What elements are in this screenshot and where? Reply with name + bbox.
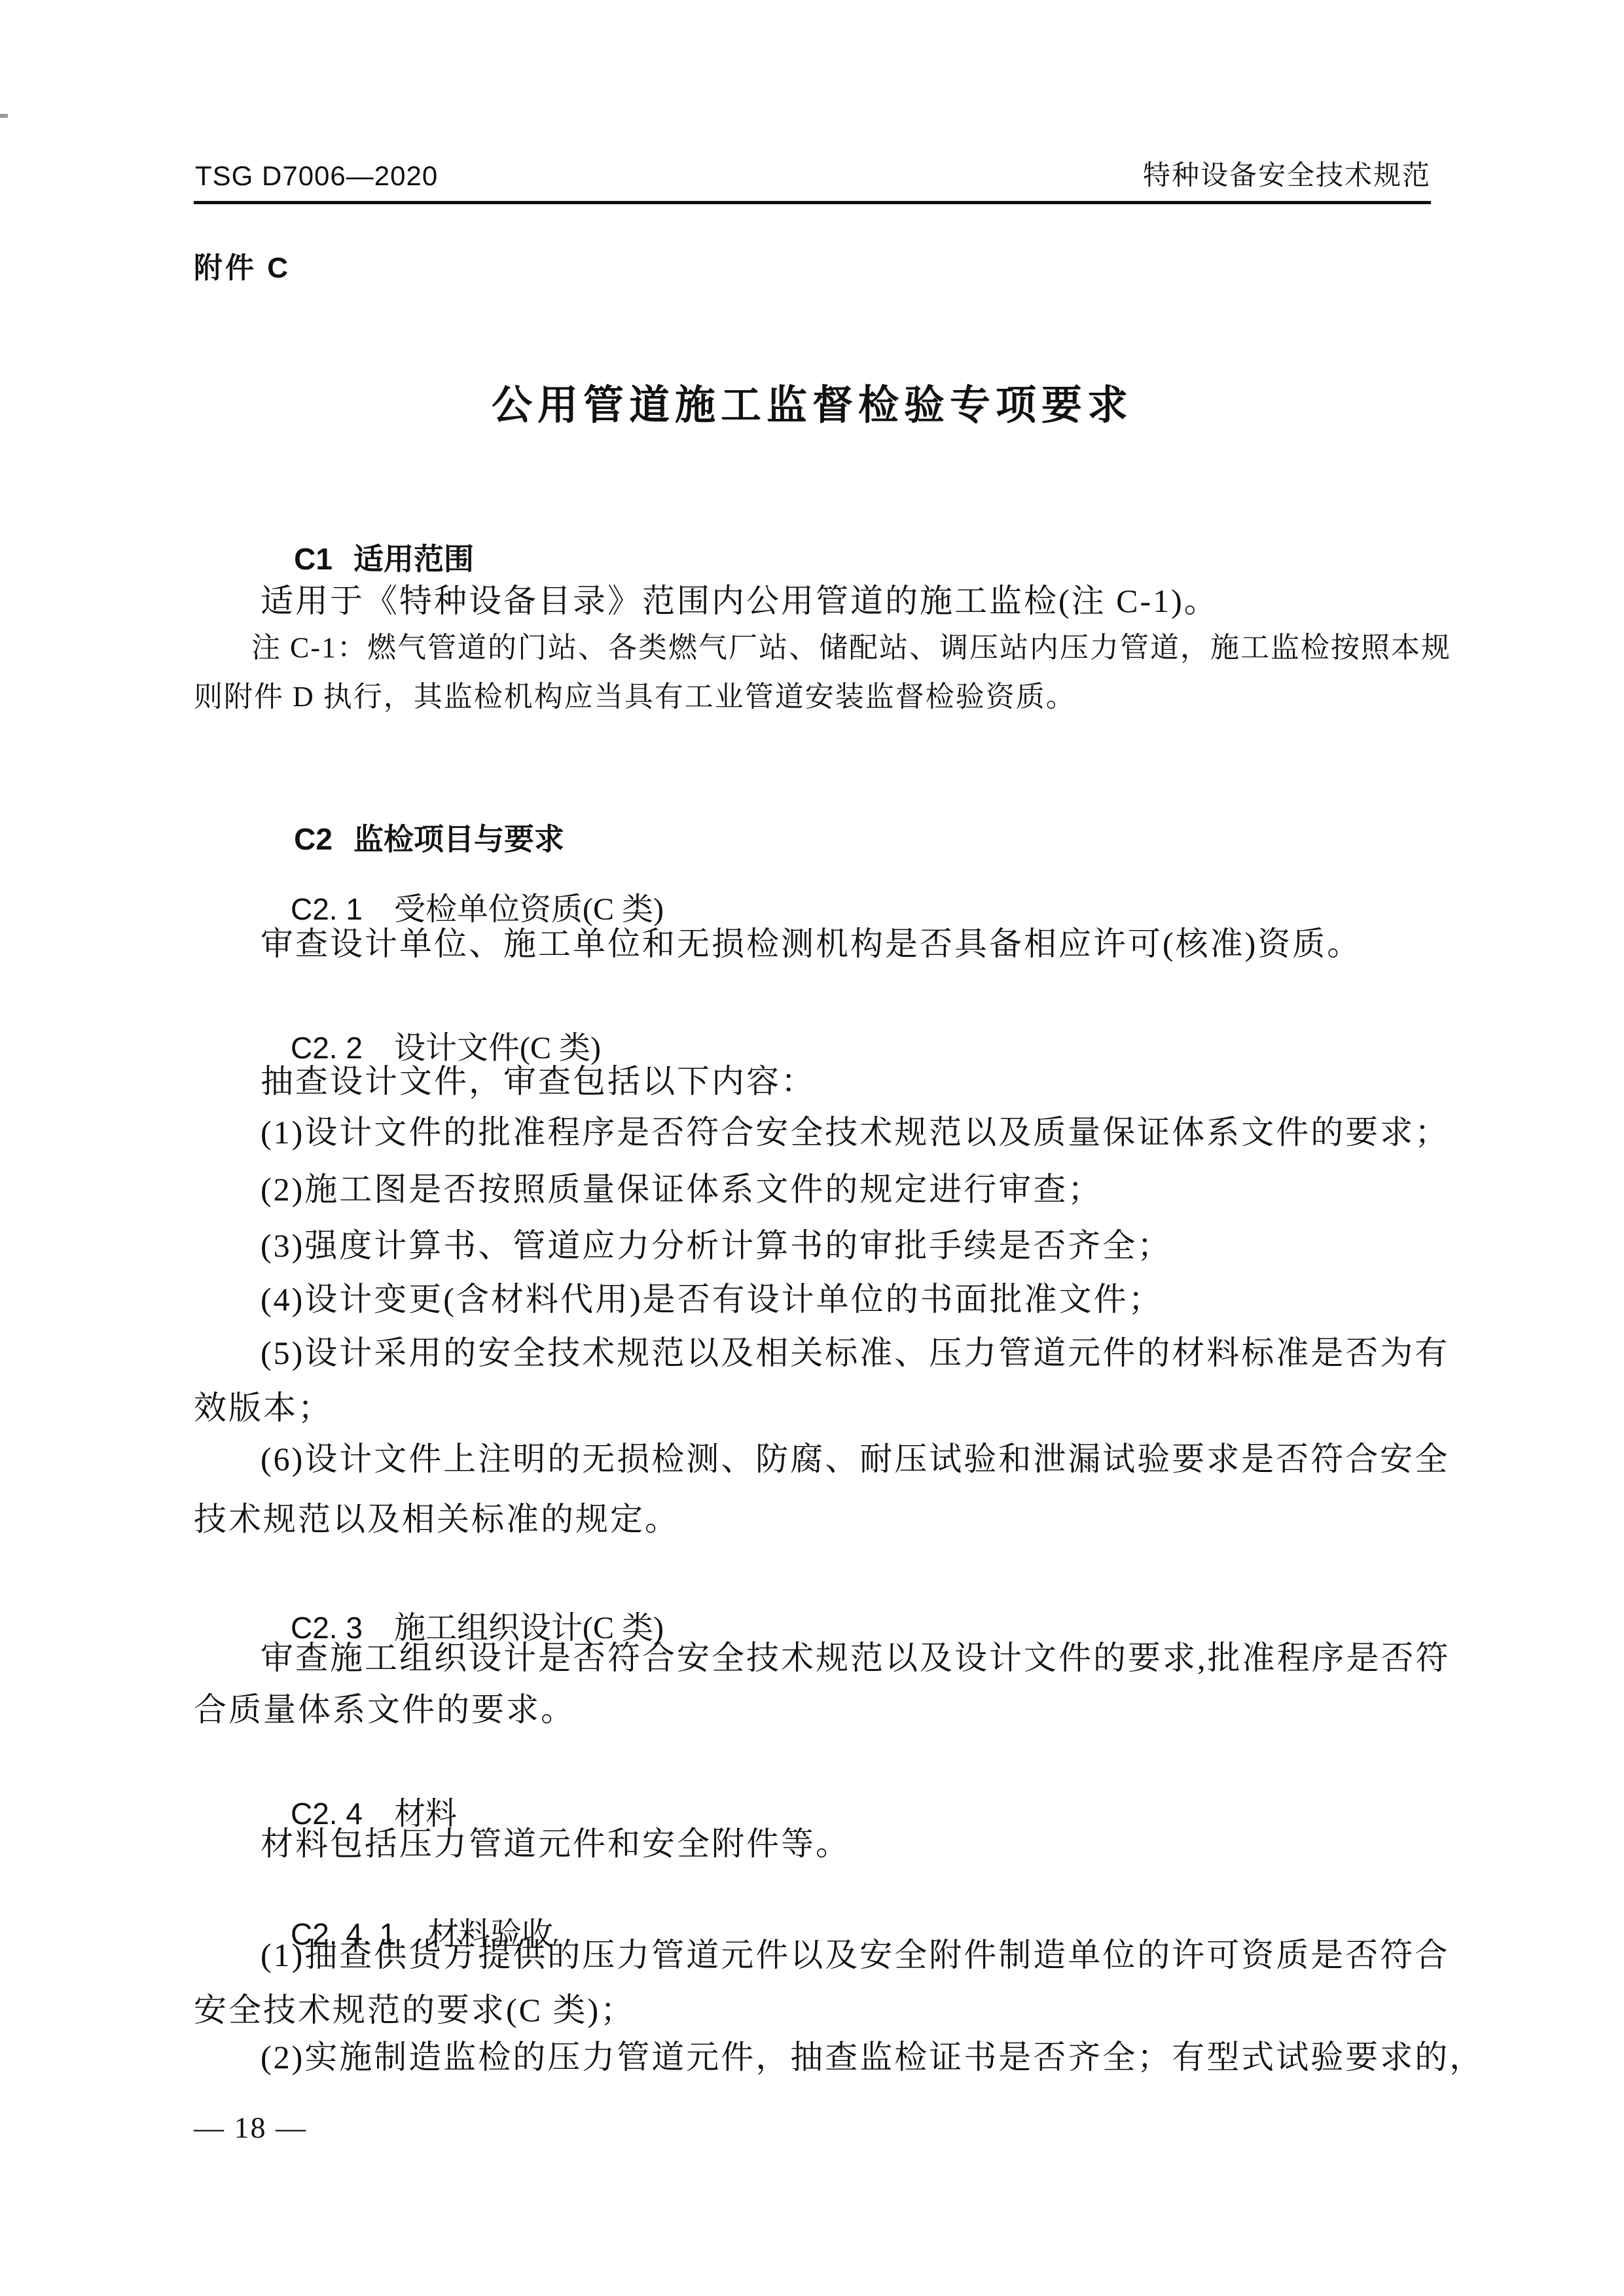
heading-c2-2-number: C2. 2 bbox=[291, 1031, 363, 1065]
header-rule bbox=[194, 201, 1431, 204]
document-page: TSG D7006—2020 特种设备安全技术规范 附件 C 公用管道施工监督检… bbox=[0, 0, 1624, 2296]
footer-page-number: — 18 — bbox=[194, 2113, 307, 2143]
para-c2-2-item6-line2: 技术规范以及相关标准的规定。 bbox=[194, 1503, 679, 1535]
note-c1-line2: 则附件 D 执行，其监检机构应当具有工业管道安装监督检验资质。 bbox=[194, 683, 1076, 711]
para-c2-2-item5-line1: (5)设计采用的安全技术规范以及相关标准、压力管道元件的材料标准是否为有 bbox=[261, 1336, 1449, 1369]
heading-c2-label: 监检项目与要求 bbox=[353, 822, 564, 856]
page-title: 公用管道施工监督检验专项要求 bbox=[194, 386, 1431, 426]
para-c2-1: 审查设计单位、施工单位和无损检测机构是否具备相应许可(核准)资质。 bbox=[261, 927, 1362, 960]
para-c2-4: 材料包括压力管道元件和安全附件等。 bbox=[261, 1827, 850, 1860]
note-c1-line1: 注 C-1：燃气管道的门站、各类燃气厂站、储配站、调压站内压力管道，施工监检按照… bbox=[251, 634, 1451, 662]
doc-standard-name: 特种设备安全技术规范 bbox=[1143, 162, 1431, 190]
para-c2-2-item4: (4)设计变更(含材料代用)是否有设计单位的书面批准文件； bbox=[261, 1283, 1163, 1316]
para-c2-4-1-item1-line2: 安全技术规范的要求(C 类)； bbox=[194, 1994, 635, 2026]
heading-c1-label: 适用范围 bbox=[353, 542, 474, 576]
para-c2-2-item6-line1: (6)设计文件上注明的无损检测、防腐、耐压试验和泄漏试验要求是否符合安全 bbox=[261, 1443, 1449, 1475]
para-c2-4-1-item1-line1: (1)抽查供货方提供的压力管道元件以及安全附件制造单位的许可资质是否符合 bbox=[261, 1939, 1449, 1971]
para-c2-2-item1: (1)设计文件的批准程序是否符合安全技术规范以及质量保证体系文件的要求； bbox=[261, 1116, 1449, 1149]
heading-c2-1-label: 受检单位资质(C 类) bbox=[394, 892, 664, 927]
para-c2-2-item3: (3)强度计算书、管道应力分析计算书的审批手续是否齐全； bbox=[261, 1229, 1172, 1262]
heading-c2-number: C2 bbox=[294, 822, 333, 856]
para-c2-2-item5-line2: 效版本； bbox=[194, 1391, 333, 1424]
heading-c1-number: C1 bbox=[294, 542, 333, 576]
para-c2-4-1-item2-line1: (2)实施制造监检的压力管道元件，抽查监检证书是否齐全；有型式试验要求的， bbox=[261, 2041, 1484, 2073]
para-c2-3-line1: 审查施工组织设计是否符合安全技术规范以及设计文件的要求,批准程序是否符 bbox=[261, 1641, 1451, 1674]
para-c2-2-item2: (2)施工图是否按照质量保证体系文件的规定进行审查； bbox=[261, 1173, 1102, 1206]
scan-artifact bbox=[0, 114, 8, 118]
heading-c2-1-number: C2. 1 bbox=[291, 892, 363, 926]
para-c1-scope: 适用于《特种设备目录》范围内公用管道的施工监检(注 C-1)。 bbox=[261, 584, 1219, 617]
doc-code: TSG D7006—2020 bbox=[195, 162, 438, 190]
heading-c2-2-label: 设计文件(C 类) bbox=[394, 1031, 601, 1066]
para-c2-2-intro: 抽查设计文件，审查包括以下内容： bbox=[261, 1065, 816, 1098]
attachment-label: 附件 C bbox=[194, 254, 291, 283]
para-c2-3-line2: 合质量体系文件的要求。 bbox=[194, 1693, 575, 1726]
